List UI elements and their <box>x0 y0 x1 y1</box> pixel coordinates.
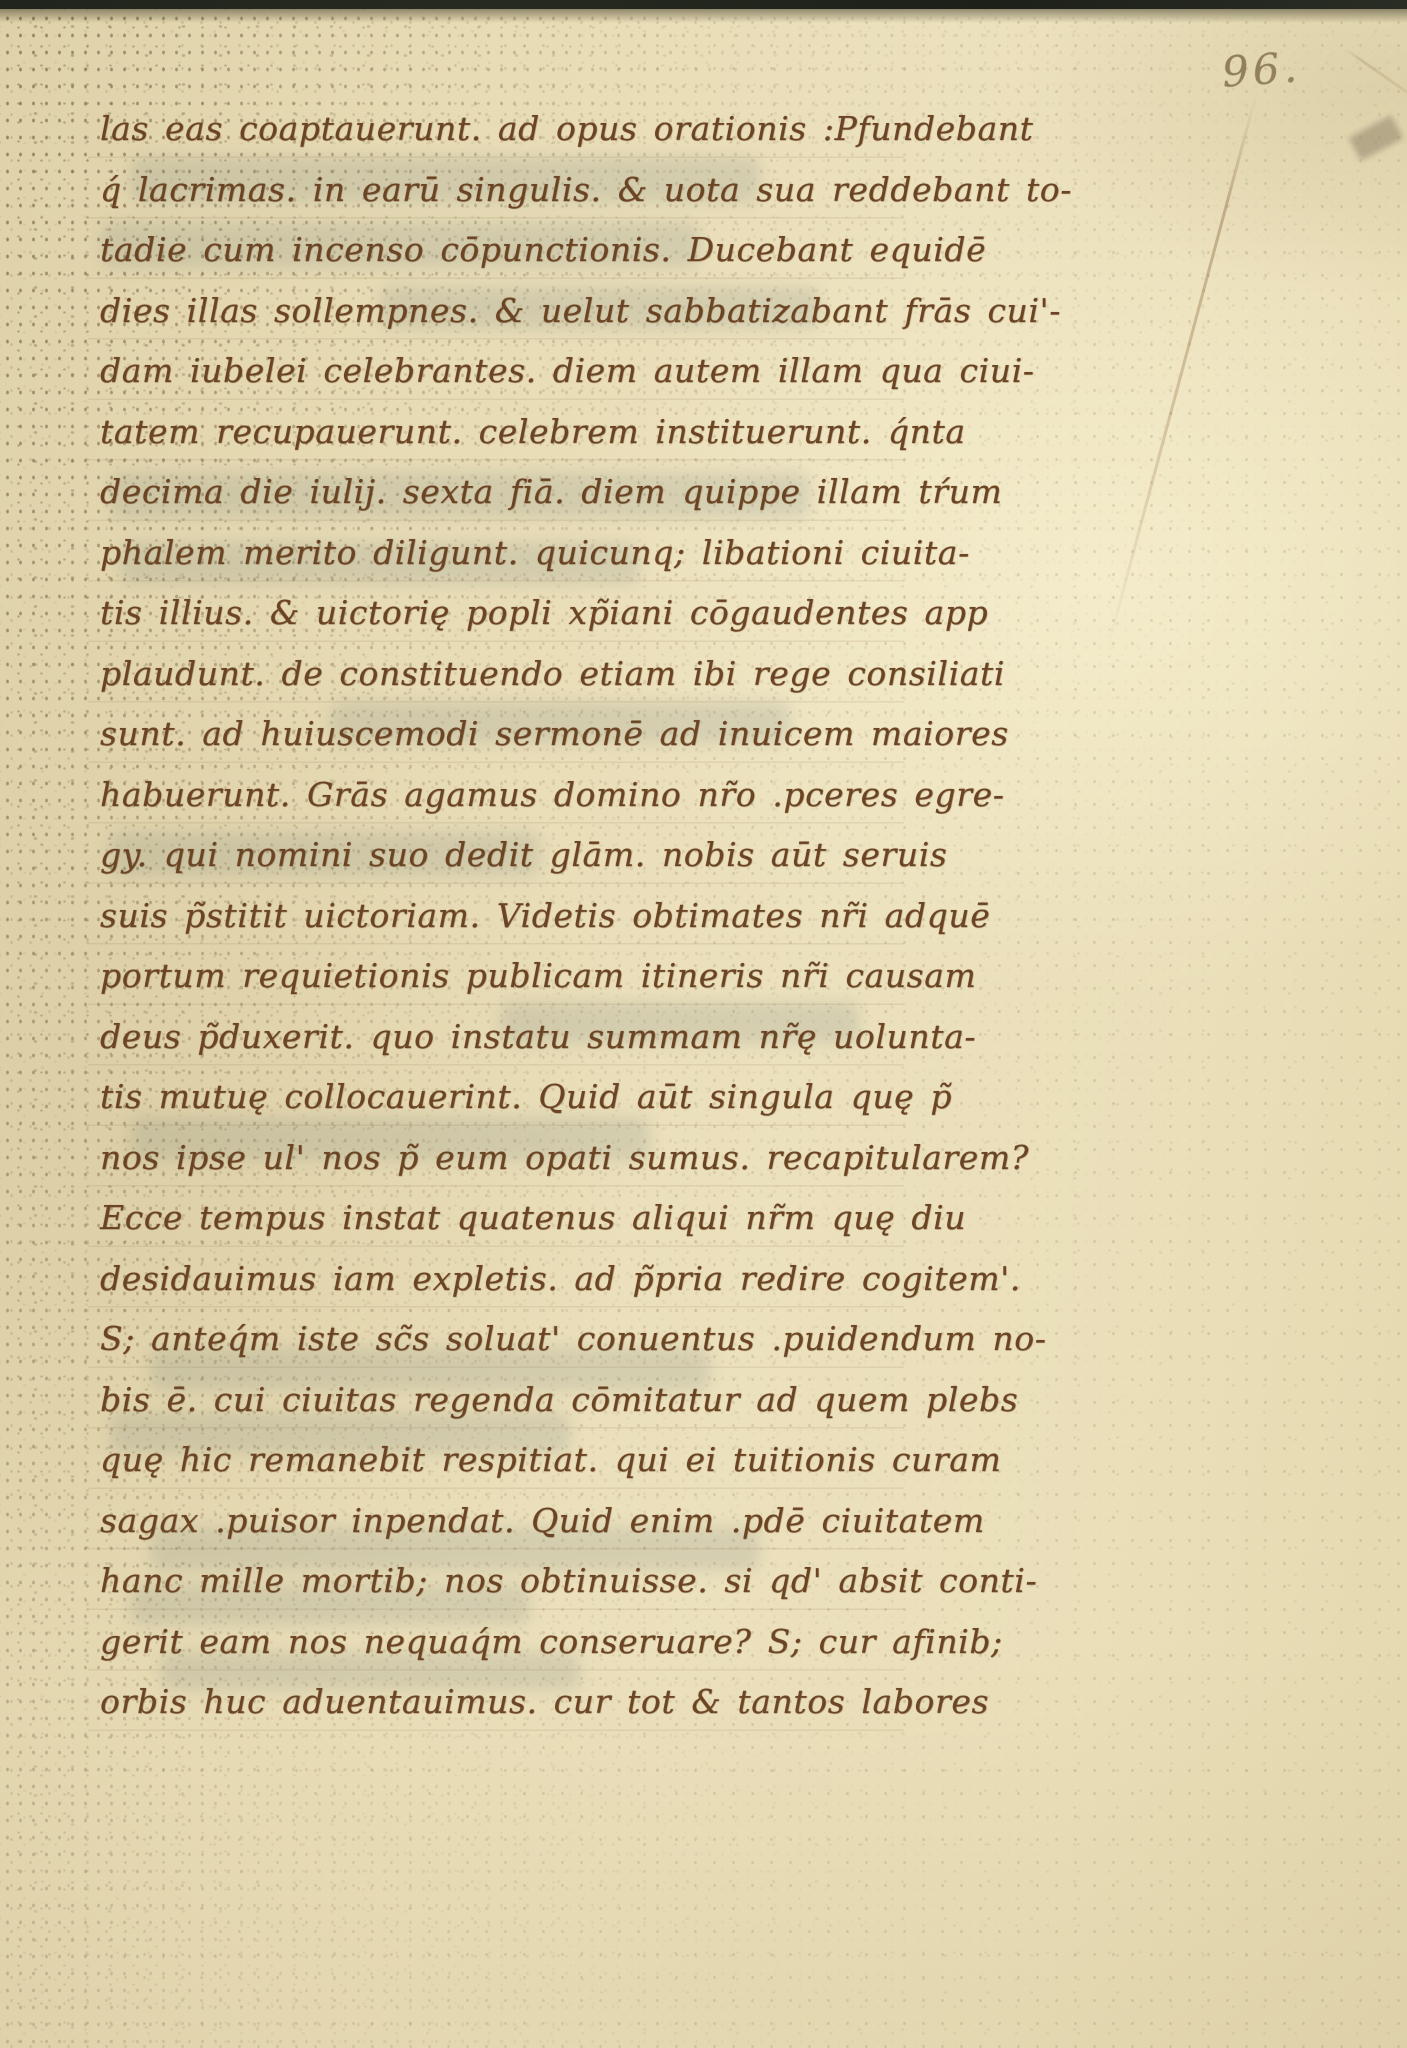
manuscript-line: nos ipse ul' nos p̃ eum opati sumus. rec… <box>100 1128 900 1189</box>
manuscript-line: quę hic remanebit respitiat. qui ei tuit… <box>100 1430 900 1491</box>
manuscript-line: tis illius. & uictorię popli xp̃iani cōg… <box>100 583 900 644</box>
parchment-page: 96. las eas coaptauerunt. ad opus oratio… <box>0 7 1407 2048</box>
manuscript-scan: 96. las eas coaptauerunt. ad opus oratio… <box>0 0 1407 2048</box>
manuscript-line: tatem recupauerunt. celebrem instituerun… <box>100 402 900 463</box>
manuscript-line: gerit eam nos nequaq́m conseruare? S; cu… <box>100 1612 900 1673</box>
text-block: las eas coaptauerunt. ad opus orationis … <box>100 99 900 1733</box>
manuscript-line: suis p̃stitit uictoriam. Videtis obtimat… <box>100 886 900 947</box>
manuscript-line: sagax .puisor inpendat. Quid enim .pdē c… <box>100 1491 900 1552</box>
manuscript-line: plaudunt. de constituendo etiam ibi rege… <box>100 644 900 705</box>
manuscript-line: tis mutuę collocauerint. Quid aūt singul… <box>100 1067 900 1128</box>
page-top-edge-shadow <box>0 9 1407 23</box>
manuscript-line: dies illas sollempnes. & uelut sabbatiza… <box>100 281 900 342</box>
manuscript-line: gy. qui nomini suo dedit glām. nobis aūt… <box>100 825 900 886</box>
manuscript-line: decima die iulij. sexta fiā. diem quippe… <box>100 462 900 523</box>
manuscript-line: orbis huc aduentauimus. cur tot & tantos… <box>100 1672 900 1733</box>
manuscript-line: bis ē. cui ciuitas regenda cōmitatur ad … <box>100 1370 900 1431</box>
page-top-edge <box>0 0 1407 9</box>
manuscript-line: portum requietionis publicam itineris nr… <box>100 946 900 1007</box>
folio-number: 96. <box>1220 42 1302 96</box>
manuscript-line: las eas coaptauerunt. ad opus orationis … <box>100 99 900 160</box>
manuscript-line: dam iubelei celebrantes. diem autem illa… <box>100 341 900 402</box>
manuscript-line: q́ lacrimas. in earū singulis. & uota su… <box>100 160 900 221</box>
manuscript-line: phalem merito diligunt. quicunq; libatio… <box>100 523 900 584</box>
manuscript-line: S; anteq́m iste sc̃s soluat' conuentus .… <box>100 1309 900 1370</box>
manuscript-line: deus p̃duxerit. quo instatu summam nr̃ę … <box>100 1007 900 1068</box>
manuscript-line: habuerunt. Grās agamus domino nr̃o .pcer… <box>100 765 900 826</box>
manuscript-line: desidauimus iam expletis. ad p̃pria redi… <box>100 1249 900 1310</box>
manuscript-line: Ecce tempus instat quatenus aliqui nr̃m … <box>100 1188 900 1249</box>
manuscript-line: sunt. ad huiuscemodi sermonē ad inuicem … <box>100 704 900 765</box>
manuscript-line: tadie cum incenso cōpunctionis. Ducebant… <box>100 220 900 281</box>
manuscript-line: hanc mille mortib; nos obtinuisse. si qd… <box>100 1551 900 1612</box>
